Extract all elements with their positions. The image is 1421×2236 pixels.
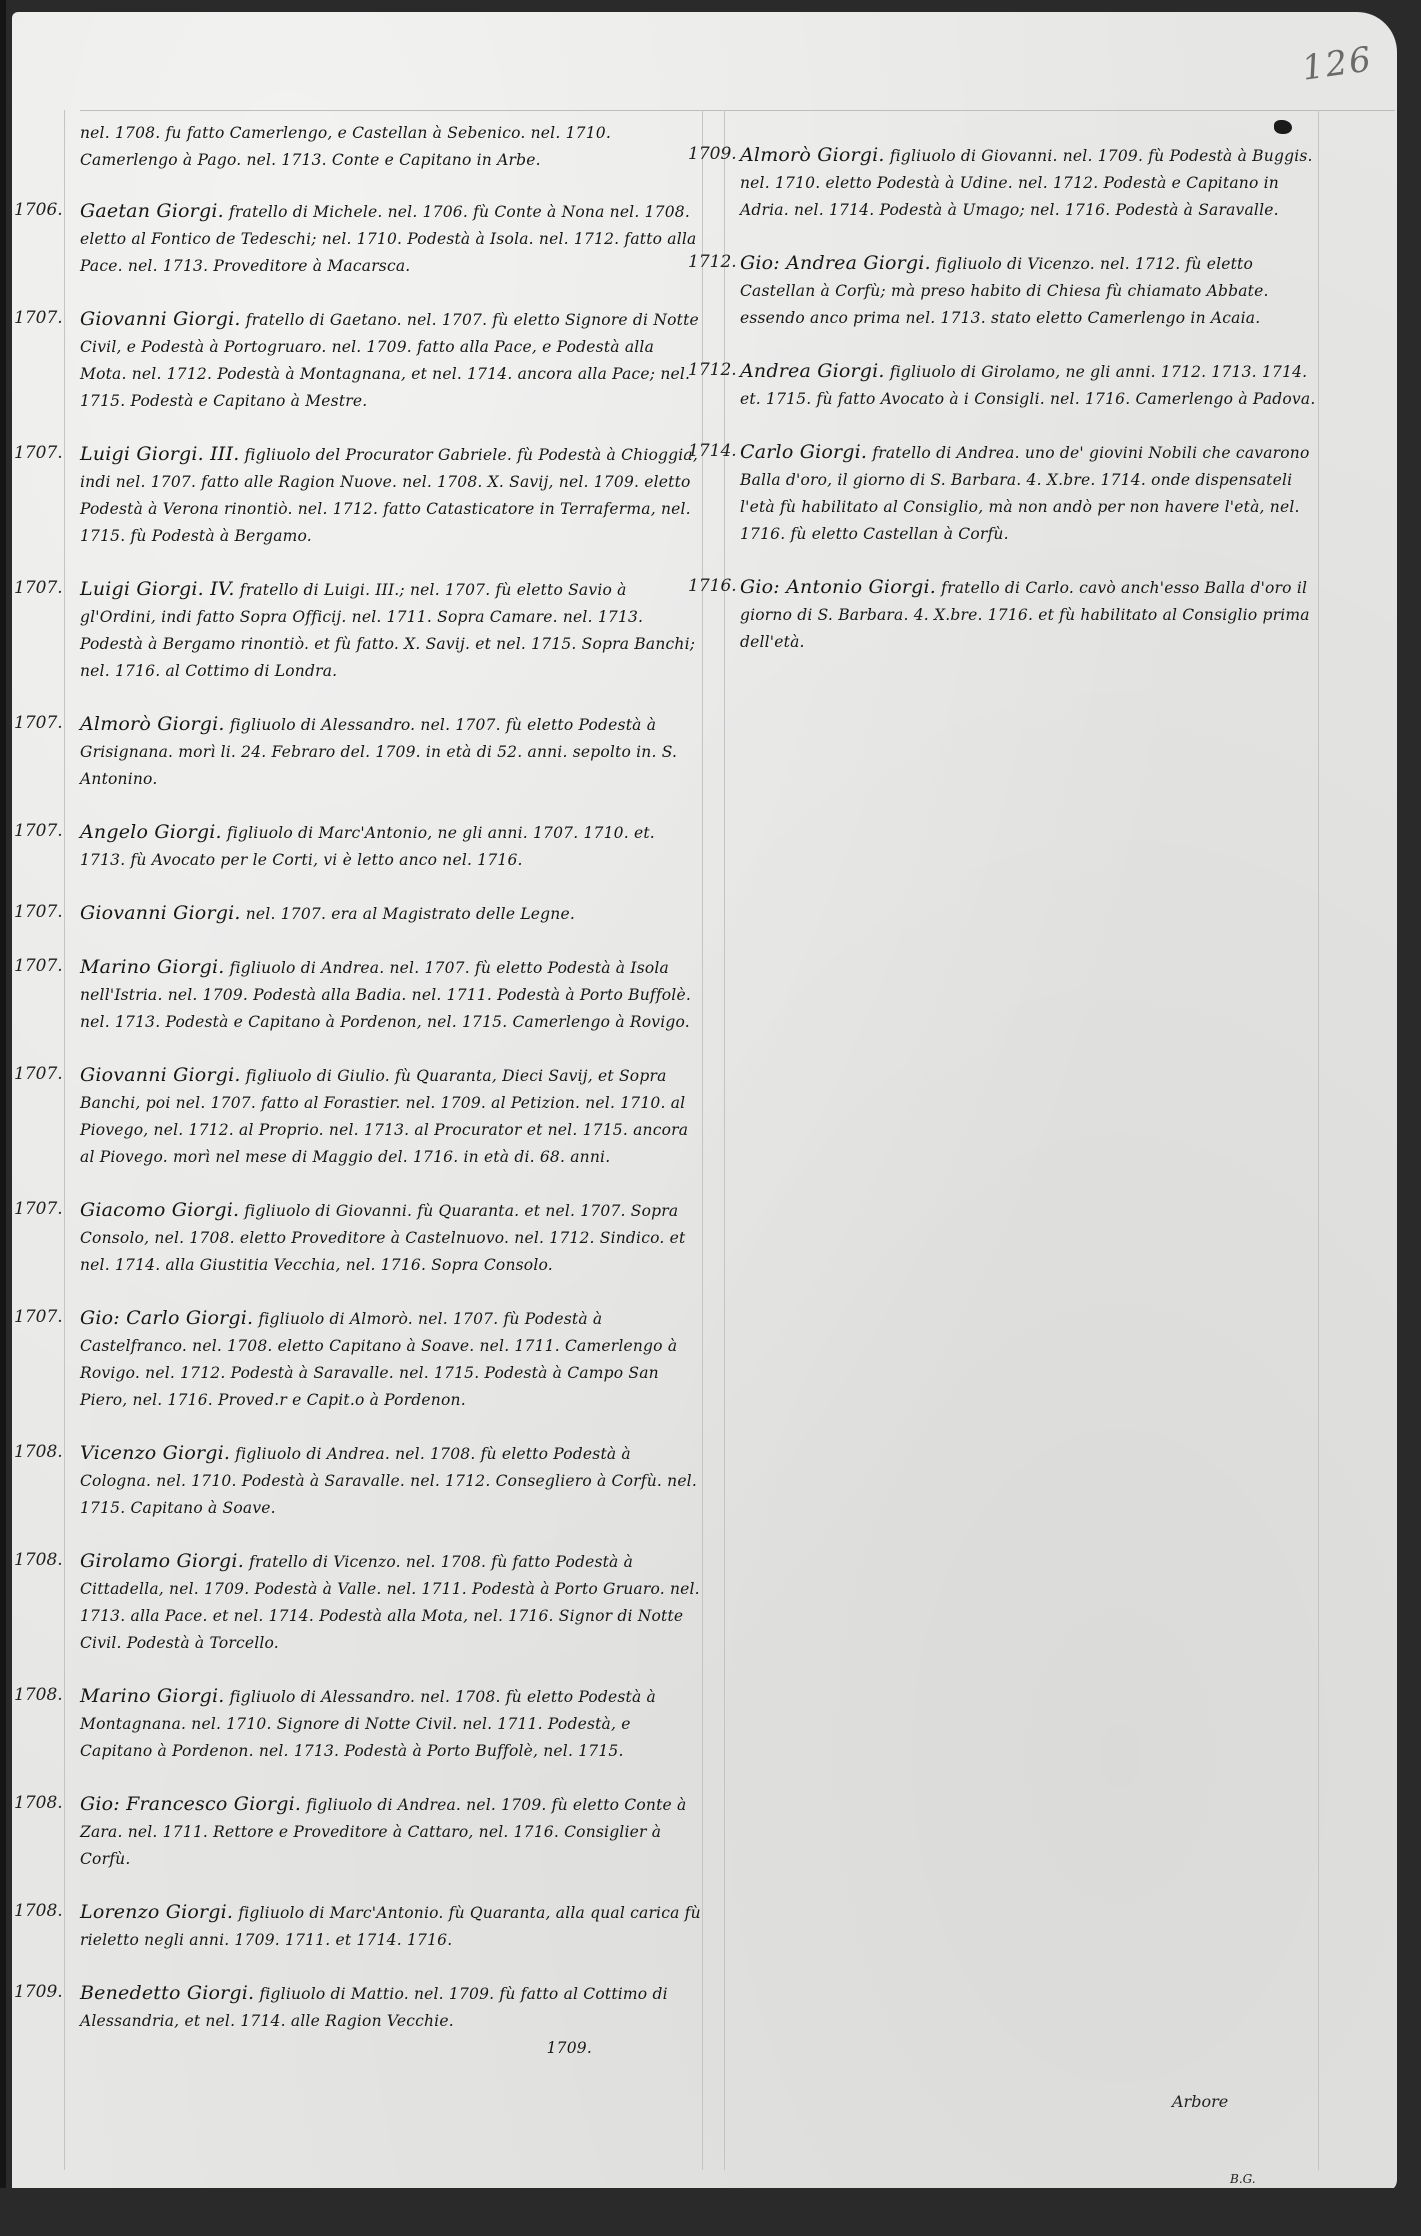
entry-year: 1707. (14, 578, 63, 598)
register-entry: 1716. Gio: Antonio Giorgi. fratello di C… (690, 574, 1330, 656)
entry-name: Giovanni Giorgi. (80, 902, 241, 924)
entry-year: 1707. (14, 1064, 63, 1084)
register-entry: 1706. Gaetan Giorgi. fratello di Michele… (12, 198, 702, 280)
entry-year: 1707. (14, 956, 63, 976)
manuscript-page: 126 nel. 1708. fu fatto Camerlengo, e Ca… (12, 12, 1397, 2192)
entry-name: Almorò Giorgi. (80, 713, 225, 735)
bottom-mark: B.G. (1230, 2172, 1256, 2186)
register-entry: 1707. Giovanni Giorgi. fratello di Gaeta… (12, 306, 702, 415)
entry-name: Vicenzo Giorgi. (80, 1442, 230, 1464)
register-entry: 1707. Luigi Giorgi. III. figliuolo del P… (12, 441, 702, 550)
entry-name: Gaetan Giorgi. (80, 200, 224, 222)
entry-name: Angelo Giorgi. (80, 821, 222, 843)
register-entry: 1708. Lorenzo Giorgi. figliuolo di Marc'… (12, 1899, 702, 1954)
bottom-note-arbore: Arbore (1172, 2092, 1228, 2111)
entry-year: 1708. (14, 1442, 63, 1462)
entry-name: Giacomo Giorgi. (80, 1199, 239, 1221)
page-bottom-edge (0, 2188, 1421, 2236)
entry-name: Giovanni Giorgi. (80, 308, 241, 330)
register-entry: 1707. Luigi Giorgi. IV. fratello di Luig… (12, 576, 702, 685)
register-entry: 1708. Gio: Francesco Giorgi. figliuolo d… (12, 1791, 702, 1873)
register-entry: 1707. Angelo Giorgi. figliuolo di Marc'A… (12, 819, 702, 874)
entry-name: Gio: Francesco Giorgi. (80, 1793, 301, 1815)
entry-year: 1708. (14, 1550, 63, 1570)
entry-name: Carlo Giorgi. (740, 441, 867, 463)
register-entry: 1709. Almorò Giorgi. figliuolo di Giovan… (690, 142, 1330, 224)
entry-year: 1712. (688, 252, 737, 272)
entry-year: 1707. (14, 443, 63, 463)
entry-year: 1707. (14, 308, 63, 328)
right-column: 1709. Almorò Giorgi. figliuolo di Giovan… (690, 142, 1330, 682)
entry-name: Gio: Andrea Giorgi. (740, 252, 931, 274)
entry-year: 1708. (14, 1901, 63, 1921)
binding-edge (0, 0, 6, 2236)
entry-name: Giovanni Giorgi. (80, 1064, 241, 1086)
left-column: nel. 1708. fu fatto Camerlengo, e Castel… (12, 120, 702, 2088)
entry-name: Benedetto Giorgi. (80, 1982, 254, 2004)
register-entry: 1714. Carlo Giorgi. fratello di Andrea. … (690, 439, 1330, 548)
entry-name: Almorò Giorgi. (740, 144, 885, 166)
register-entry: 1707. Gio: Carlo Giorgi. figliuolo di Al… (12, 1305, 702, 1414)
entry-name: Luigi Giorgi. IV. (80, 578, 235, 600)
entry-year: 1708. (14, 1685, 63, 1705)
entry-year: 1707. (14, 1199, 63, 1219)
continued-entry: nel. 1708. fu fatto Camerlengo, e Castel… (12, 120, 702, 174)
register-entry: 1707. Almorò Giorgi. figliuolo di Alessa… (12, 711, 702, 793)
ink-stain (1274, 120, 1292, 134)
entry-year: 1706. (14, 200, 63, 220)
entry-text: nel. 1707. era al Magistrato delle Legne… (246, 905, 575, 923)
register-entry: 1707. Giovanni Giorgi. nel. 1707. era al… (12, 900, 702, 928)
register-entry: 1712. Gio: Andrea Giorgi. figliuolo di V… (690, 250, 1330, 332)
register-entry: 1709. Benedetto Giorgi. figliuolo di Mat… (12, 1980, 702, 2062)
entry-year: 1712. (688, 360, 737, 380)
entry-name: Andrea Giorgi. (740, 360, 885, 382)
entry-year: 1716. (688, 576, 737, 596)
entry-year: 1709. (688, 144, 737, 164)
entry-name: Luigi Giorgi. III. (80, 443, 239, 465)
entry-year: 1707. (14, 1307, 63, 1327)
entry-name: Marino Giorgi. (80, 1685, 225, 1707)
entry-year: 1707. (14, 902, 63, 922)
register-entry: 1708. Girolamo Giorgi. fratello di Vicen… (12, 1548, 702, 1657)
register-entry: 1707. Marino Giorgi. figliuolo di Andrea… (12, 954, 702, 1036)
entry-year: 1709. (14, 1982, 63, 2002)
entry-name: Lorenzo Giorgi. (80, 1901, 233, 1923)
folio-number: 126 (1300, 39, 1376, 88)
entry-name: Gio: Carlo Giorgi. (80, 1307, 253, 1329)
entry-name: Marino Giorgi. (80, 956, 225, 978)
top-ruling-line (80, 110, 1395, 111)
register-entry: 1712. Andrea Giorgi. figliuolo di Girola… (690, 358, 1330, 413)
entry-name: Gio: Antonio Giorgi. (740, 576, 936, 598)
entry-year: 1708. (14, 1793, 63, 1813)
entry-year: 1707. (14, 713, 63, 733)
register-entry: 1707. Giovanni Giorgi. figliuolo di Giul… (12, 1062, 702, 1171)
entry-year: 1714. (688, 441, 737, 461)
register-entry: 1708. Marino Giorgi. figliuolo di Alessa… (12, 1683, 702, 1765)
margin-year-note: 1709. (80, 2035, 702, 2062)
register-entry: 1708. Vicenzo Giorgi. figliuolo di Andre… (12, 1440, 702, 1522)
entry-year: 1707. (14, 821, 63, 841)
register-entry: 1707. Giacomo Giorgi. figliuolo di Giova… (12, 1197, 702, 1279)
entry-name: Girolamo Giorgi. (80, 1550, 244, 1572)
